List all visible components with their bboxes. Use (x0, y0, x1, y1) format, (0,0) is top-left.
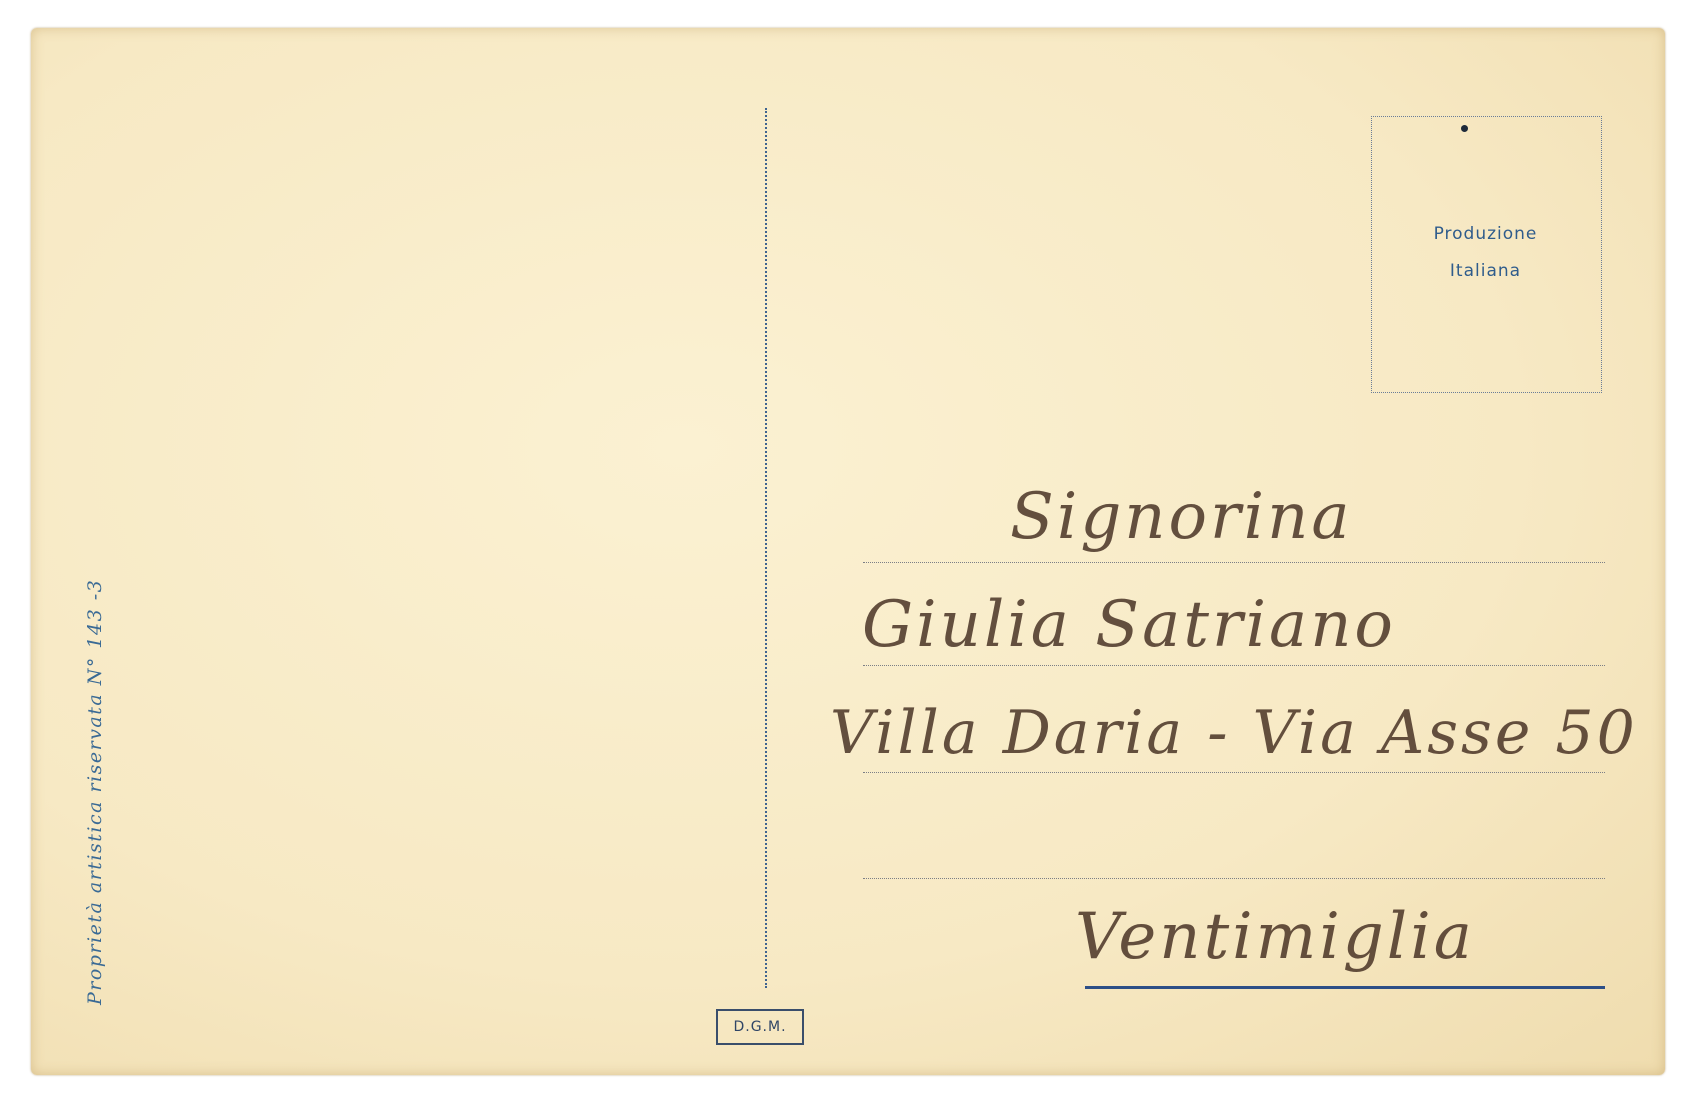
stamp-placement-box (1371, 116, 1602, 393)
address-guide-line (863, 665, 1605, 666)
address-underline (1085, 986, 1605, 989)
message-address-divider (765, 108, 767, 988)
address-guide-line (863, 878, 1605, 879)
address-salutation: Signorina (1010, 480, 1352, 554)
address-guide-line (863, 562, 1605, 563)
address-street: Villa Daria - Via Asse 50 (830, 698, 1638, 768)
stamp-box-line-2: Italiana (1371, 261, 1600, 281)
stamp-box-line-1: Produzione (1371, 224, 1600, 244)
copyright-imprint: Proprietà artistica riservata N° 143 -3 (84, 579, 106, 1005)
publisher-mark: D.G.M. (716, 1009, 804, 1045)
ink-dot (1461, 125, 1468, 132)
address-name: Giulia Satriano (862, 588, 1396, 662)
address-city: Ventimiglia (1075, 900, 1475, 974)
address-guide-line (863, 772, 1605, 773)
